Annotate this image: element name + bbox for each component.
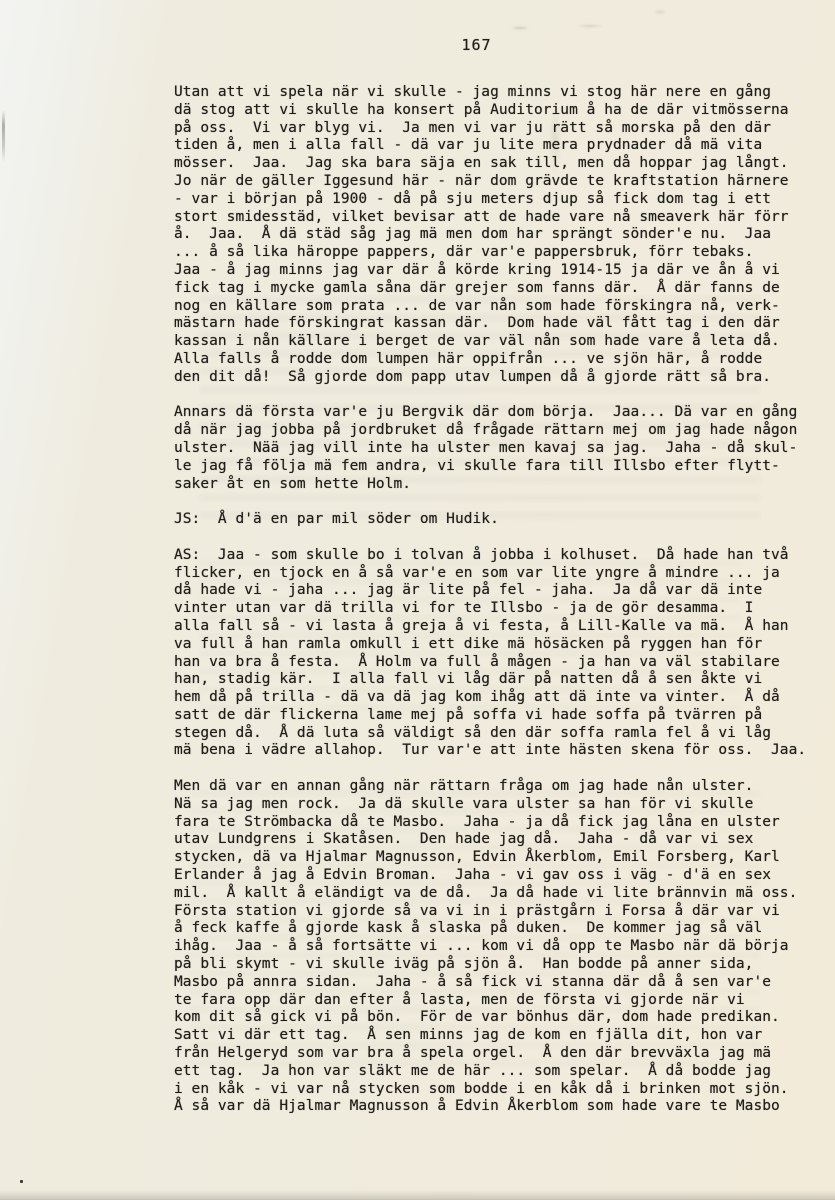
paragraph-masbo-trip: Men dä var en annan gång när rättarn frå… <box>174 778 824 1116</box>
page-number: 167 <box>174 36 779 54</box>
scan-speck <box>20 1180 23 1183</box>
scan-edge-mark <box>2 110 5 162</box>
paragraph-bergvik-ulster: Annars dä första var'e ju Bergvik där do… <box>174 404 824 493</box>
speaker-line-js: JS: Å d'ä en par mil söder om Hudik. <box>174 511 824 529</box>
scanned-document-page: 167 Utan att vi spela när vi skulle - ja… <box>0 0 835 1200</box>
scan-smudge <box>480 0 740 40</box>
transcript: Utan att vi spela när vi skulle - jag mi… <box>174 84 824 1116</box>
paragraph-as-illsbo-trip: AS: Jaa - som skulle bo i tolvan å jobba… <box>174 547 824 761</box>
paragraph-iggesund-memories: Utan att vi spela när vi skulle - jag mi… <box>174 84 824 387</box>
